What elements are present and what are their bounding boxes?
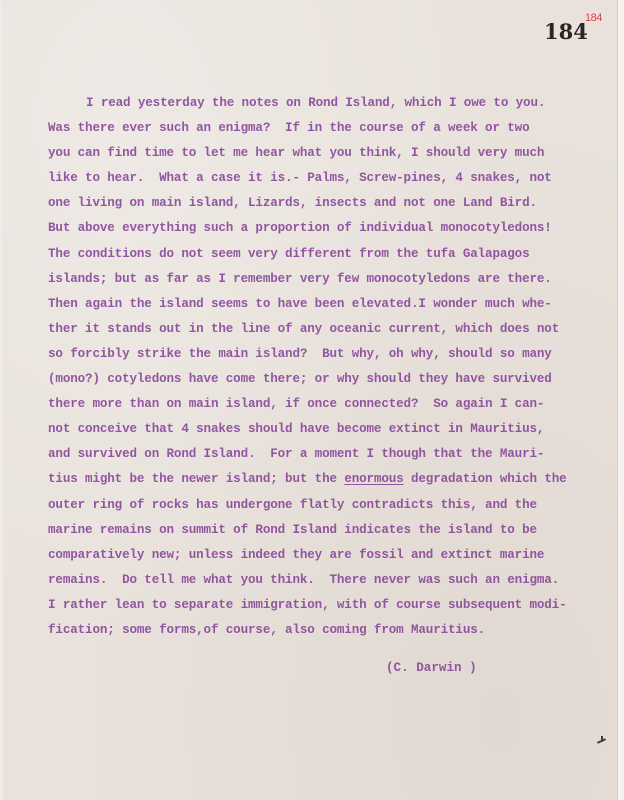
letter-line: and survived on Rond Island. For a momen… [48,442,608,467]
letter-line: The conditions do not seem very differen… [48,242,608,267]
line-text-before: tius might be the newer island; but the [48,472,344,486]
handwritten-folio-annotation: 184 [585,12,602,24]
letter-line: (mono?) cotyledons have come there; or w… [48,367,608,392]
letter-line: But above everything such a proportion o… [48,216,608,241]
letter-line: like to hear. What a case it is.- Palms,… [48,166,608,191]
letter-line: comparatively new; unless indeed they ar… [48,543,608,568]
document-page: 184 184 I read yesterday the notes on Ro… [0,0,624,800]
line-text-after: degradation which the [404,472,567,486]
signature: (C. Darwin ) [386,661,477,675]
letter-line: so forcibly strike the main island? But … [48,342,608,367]
letter-line: marine remains on summit of Rond Island … [48,518,608,543]
letter-line: fication; some forms,of course, also com… [48,618,608,643]
page-right-edge [617,0,624,800]
letter-line-with-underline: tius might be the newer island; but the … [48,467,608,492]
letter-line: I read yesterday the notes on Rond Islan… [48,91,608,116]
letter-line: outer ring of rocks has undergone flatly… [48,493,608,518]
underlined-word: enormous [344,472,403,486]
letter-body: I read yesterday the notes on Rond Islan… [48,91,608,643]
letter-line: islands; but as far as I remember very f… [48,267,608,292]
letter-line: not conceive that 4 snakes should have b… [48,417,608,442]
letter-line: I rather lean to separate immigration, w… [48,593,608,618]
page-number: 184 [544,19,588,44]
letter-line: Then again the island seems to have been… [48,292,608,317]
letter-line: there more than on main island, if once … [48,392,608,417]
letter-line: ther it stands out in the line of any oc… [48,317,608,342]
pencil-mark [601,736,603,742]
letter-line: one living on main island, Lizards, inse… [48,191,608,216]
letter-line: you can find time to let me hear what yo… [48,141,608,166]
letter-line: remains. Do tell me what you think. Ther… [48,568,608,593]
page-left-edge [0,0,3,800]
letter-line: Was there ever such an enigma? If in the… [48,116,608,141]
